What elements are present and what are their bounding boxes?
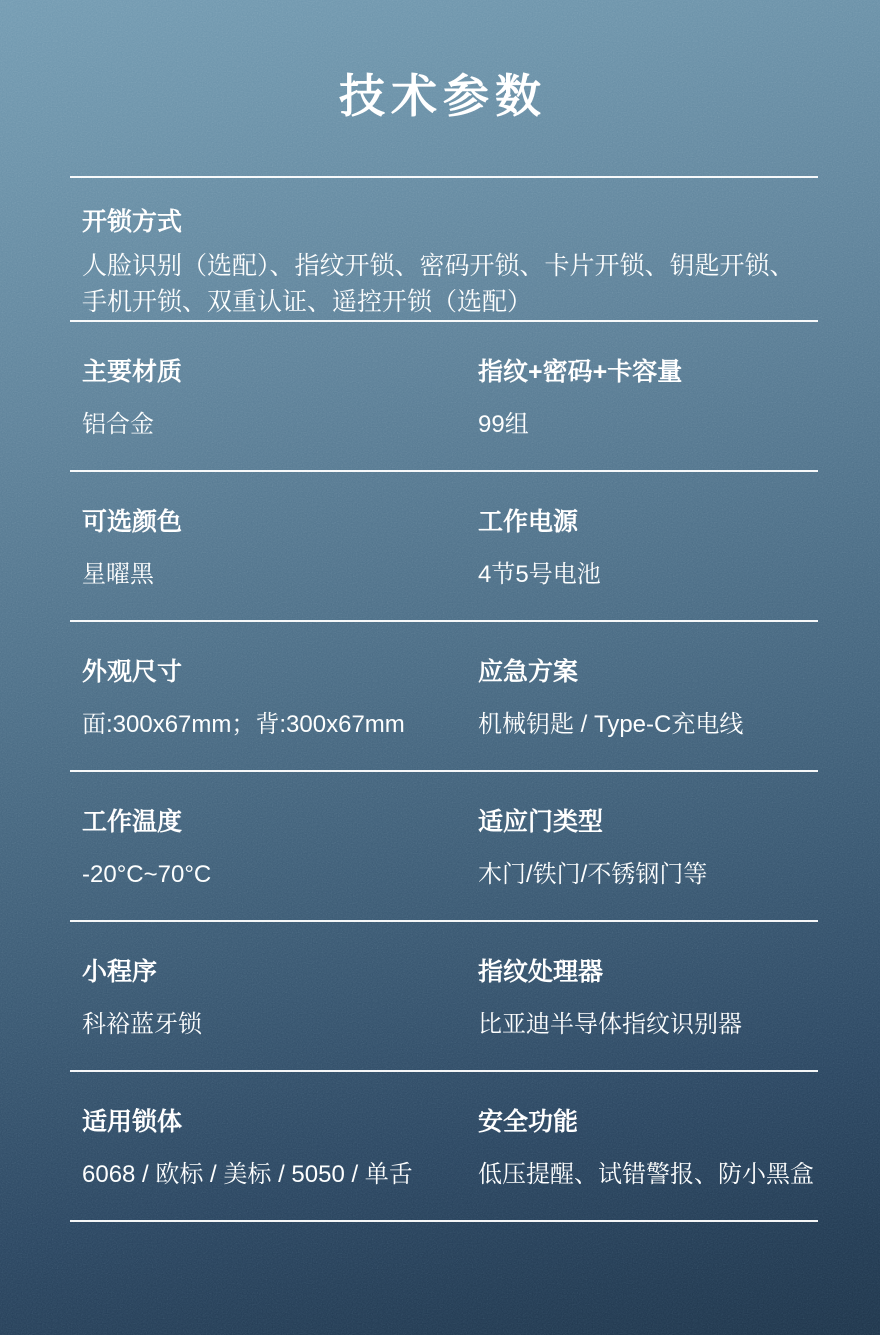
spec-value: 科裕蓝牙锁 [82,1010,478,1040]
spec-row-lockbody-security: 适用锁体 6068 / 欧标 / 美标 / 5050 / 单舌 安全功能 低压提… [70,1072,818,1220]
spec-label: 指纹处理器 [478,958,818,986]
spec-cell-power: 工作电源 4节5号电池 [478,508,818,590]
spec-value: 木门/铁门/不锈钢门等 [478,860,818,890]
spec-label: 工作电源 [478,508,818,536]
spec-label: 主要材质 [82,358,478,386]
spec-value: 99组 [478,410,818,440]
spec-row-material-capacity: 主要材质 铝合金 指纹+密码+卡容量 99组 [70,322,818,470]
spec-cell-miniprogram: 小程序 科裕蓝牙锁 [82,958,478,1040]
spec-value: 面:300x67mm；背:300x67mm [82,710,478,740]
spec-label: 应急方案 [478,658,818,686]
spec-value: 人脸识别（选配）、指纹开锁、密码开锁、卡片开锁、钥匙开锁、手机开锁、双重认证、遥… [82,248,818,320]
spec-table: 开锁方式 人脸识别（选配）、指纹开锁、密码开锁、卡片开锁、钥匙开锁、手机开锁、双… [70,176,818,1222]
spec-cell-doortype: 适应门类型 木门/铁门/不锈钢门等 [478,808,818,890]
spec-cell-temperature: 工作温度 -20°C~70°C [82,808,478,890]
spec-value: 铝合金 [82,410,478,440]
spec-cell-color: 可选颜色 星曜黑 [82,508,478,590]
spec-label: 工作温度 [82,808,478,836]
spec-value: 星曜黑 [82,560,478,590]
spec-row-miniprogram-fingerprint: 小程序 科裕蓝牙锁 指纹处理器 比亚迪半导体指纹识别器 [70,922,818,1070]
spec-cell-material: 主要材质 铝合金 [82,358,478,440]
spec-cell-lockbody: 适用锁体 6068 / 欧标 / 美标 / 5050 / 单舌 [82,1108,478,1190]
spec-value: 机械钥匙 / Type-C充电线 [478,710,818,740]
spec-row-size-emergency: 外观尺寸 面:300x67mm；背:300x67mm 应急方案 机械钥匙 / T… [70,622,818,770]
spec-label: 小程序 [82,958,478,986]
spec-label: 适用锁体 [82,1108,478,1136]
spec-label: 安全功能 [478,1108,818,1136]
spec-cell-fingerprint-processor: 指纹处理器 比亚迪半导体指纹识别器 [478,958,818,1040]
spec-cell-capacity: 指纹+密码+卡容量 99组 [478,358,818,440]
spec-cell-emergency: 应急方案 机械钥匙 / Type-C充电线 [478,658,818,740]
spec-label: 开锁方式 [82,208,818,236]
spec-sheet: 技术参数 开锁方式 人脸识别（选配）、指纹开锁、密码开锁、卡片开锁、钥匙开锁、手… [0,0,880,1335]
spec-label: 指纹+密码+卡容量 [478,358,818,386]
spec-label: 外观尺寸 [82,658,478,686]
spec-label: 适应门类型 [478,808,818,836]
spec-value: 4节5号电池 [478,560,818,590]
divider [70,1220,818,1222]
spec-value: -20°C~70°C [82,860,478,890]
spec-row-temperature-doortype: 工作温度 -20°C~70°C 适应门类型 木门/铁门/不锈钢门等 [70,772,818,920]
spec-cell-security: 安全功能 低压提醒、试错警报、防小黑盒 [478,1108,818,1190]
spec-value: 6068 / 欧标 / 美标 / 5050 / 单舌 [82,1160,478,1190]
spec-row-color-power: 可选颜色 星曜黑 工作电源 4节5号电池 [70,472,818,620]
spec-cell-size: 外观尺寸 面:300x67mm；背:300x67mm [82,658,478,740]
spec-value: 低压提醒、试错警报、防小黑盒 [478,1160,818,1190]
spec-value: 比亚迪半导体指纹识别器 [478,1010,818,1040]
spec-label: 可选颜色 [82,508,478,536]
spec-section-unlock-methods: 开锁方式 人脸识别（选配）、指纹开锁、密码开锁、卡片开锁、钥匙开锁、手机开锁、双… [70,178,818,320]
page-title: 技术参数 [0,0,880,176]
